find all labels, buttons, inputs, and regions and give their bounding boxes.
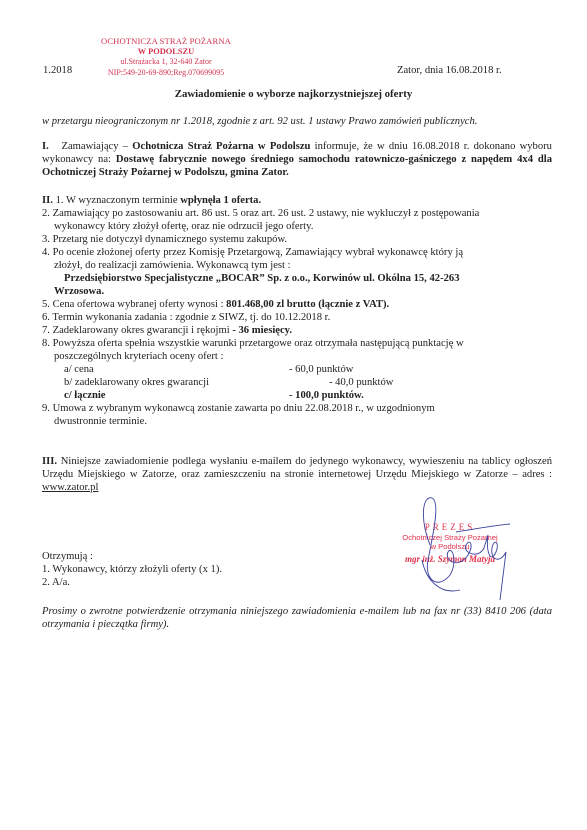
section-3-text: Niniejsze zawiadomienie podlega wysłaniu… bbox=[42, 456, 552, 480]
recipient-item: 1. Wykonawcy, którzy złożyli oferty (x 1… bbox=[42, 563, 222, 576]
item-1-bold: wpłynęła 1 oferta. bbox=[180, 195, 261, 206]
section-2-item-5: 5. Cena ofertowa wybranej oferty wynosi … bbox=[42, 298, 552, 311]
score-criterion: c/ łącznie bbox=[64, 389, 105, 402]
score-table: a/ cena- 60,0 punktówb/ zadeklarowany ok… bbox=[42, 363, 552, 402]
stamp-line-nip: NIP:549-20-69-890;Reg.070699095 bbox=[100, 68, 232, 79]
score-criterion: b/ zadeklarowany okres gwarancji bbox=[64, 376, 209, 389]
contracting-authority: Ochotnicza Straż Pożarna w Podolszu bbox=[132, 141, 310, 152]
section-2-item-8-cont: poszczególnych kryteriach oceny ofert : bbox=[42, 350, 552, 363]
document-subtitle: w przetargu nieograniczonym nr 1.2018, z… bbox=[42, 115, 552, 128]
warranty-period: - 36 miesięcy. bbox=[232, 325, 292, 336]
website-link[interactable]: www.zator.pl bbox=[42, 482, 98, 493]
score-row: c/ łącznie- 100,0 punktów. bbox=[42, 389, 552, 402]
confirmation-note: Prosimy o zwrotne potwierdzenie otrzyman… bbox=[42, 605, 552, 631]
item-1-text: 1. W wyznaczonym terminie bbox=[56, 195, 181, 206]
recipient-item: 2. A/a. bbox=[42, 576, 222, 589]
section-2-item-2: 2. Zamawiający po zastosowaniu art. 86 u… bbox=[42, 207, 552, 220]
selected-contractor-city: Wrzosowa. bbox=[42, 285, 552, 298]
item-5-text: 5. Cena ofertowa wybranej oferty wynosi … bbox=[42, 299, 226, 310]
section-2-item-8: 8. Powyższa oferta spełnia wszystkie war… bbox=[42, 337, 552, 350]
score-value: - 40,0 punktów bbox=[329, 376, 393, 389]
section-3-numeral: III. bbox=[42, 456, 57, 467]
signature-block: PREZES Ochotniczej Straży Pożarnej w Pod… bbox=[360, 490, 560, 600]
stamp-line-location: W PODOLSZU bbox=[100, 47, 232, 58]
document-title: Zawiadomienie o wyborze najkorzystniejsz… bbox=[0, 88, 587, 101]
section-2-item-9: 9. Umowa z wybranym wykonawcą zostanie z… bbox=[42, 402, 552, 415]
score-value: - 100,0 punktów. bbox=[289, 389, 364, 402]
place-date: Zator, dnia 16.08.2018 r. bbox=[397, 64, 502, 77]
section-2-item-3: 3. Przetarg nie dotyczył dynamicznego sy… bbox=[42, 233, 552, 246]
section-2-item-4: 4. Po ocenie złożonej oferty przez Komis… bbox=[42, 246, 552, 259]
section-2-numeral: II. bbox=[42, 195, 53, 206]
section-2-item-9-cont: dwustronnie terminie. bbox=[42, 415, 552, 428]
organization-stamp: OCHOTNICZA STRAŻ POŻARNA W PODOLSZU ul.S… bbox=[100, 36, 232, 78]
recipients: Otrzymują : 1. Wykonawcy, którzy złożyli… bbox=[42, 550, 222, 589]
stamp-line-name: OCHOTNICZA STRAŻ POŻARNA bbox=[100, 36, 232, 47]
reference-number: 1.2018 bbox=[43, 64, 72, 77]
offer-price: 801.468,00 zl brutto (łącznie z VAT). bbox=[226, 299, 389, 310]
contract-subject: Dostawę fabrycznie nowego średniego samo… bbox=[42, 154, 552, 178]
stamp-line-address: ul.Strażacka 1, 32-640 Zator bbox=[100, 57, 232, 68]
section-1-numeral: I. bbox=[42, 141, 49, 152]
section-1: I. Zamawiający – Ochotnicza Straż Pożarn… bbox=[42, 140, 552, 179]
section-3: III. Niniejsze zawiadomienie podlega wys… bbox=[42, 455, 552, 494]
section-1-text-a: Zamawiający – bbox=[61, 141, 132, 152]
section-2: II. 1. W wyznaczonym terminie wpłynęła 1… bbox=[42, 194, 552, 428]
recipients-heading: Otrzymują : bbox=[42, 550, 222, 563]
handwritten-signature-icon bbox=[360, 490, 560, 600]
section-2-item-6: 6. Termin wykonania zadania : zgodnie z … bbox=[42, 311, 552, 324]
section-2-item-2-cont: wykonawcy który złożył ofertę, oraz nie … bbox=[42, 220, 552, 233]
selected-contractor: Przedsiębiorstwo Specjalistyczne „BOCAR”… bbox=[42, 272, 552, 285]
section-2-item-1: II. 1. W wyznaczonym terminie wpłynęła 1… bbox=[42, 194, 552, 207]
score-value: - 60,0 punktów bbox=[289, 363, 353, 376]
score-criterion: a/ cena bbox=[64, 363, 94, 376]
score-row: b/ zadeklarowany okres gwarancji- 40,0 p… bbox=[42, 376, 552, 389]
section-2-item-7: 7. Zadeklarowany okres gwarancji i rękoj… bbox=[42, 324, 552, 337]
item-7-text: 7. Zadeklarowany okres gwarancji i rękoj… bbox=[42, 325, 232, 336]
score-row: a/ cena- 60,0 punktów bbox=[42, 363, 552, 376]
section-2-item-4-cont: złożył, do realizacji zamówienia. Wykona… bbox=[42, 259, 552, 272]
